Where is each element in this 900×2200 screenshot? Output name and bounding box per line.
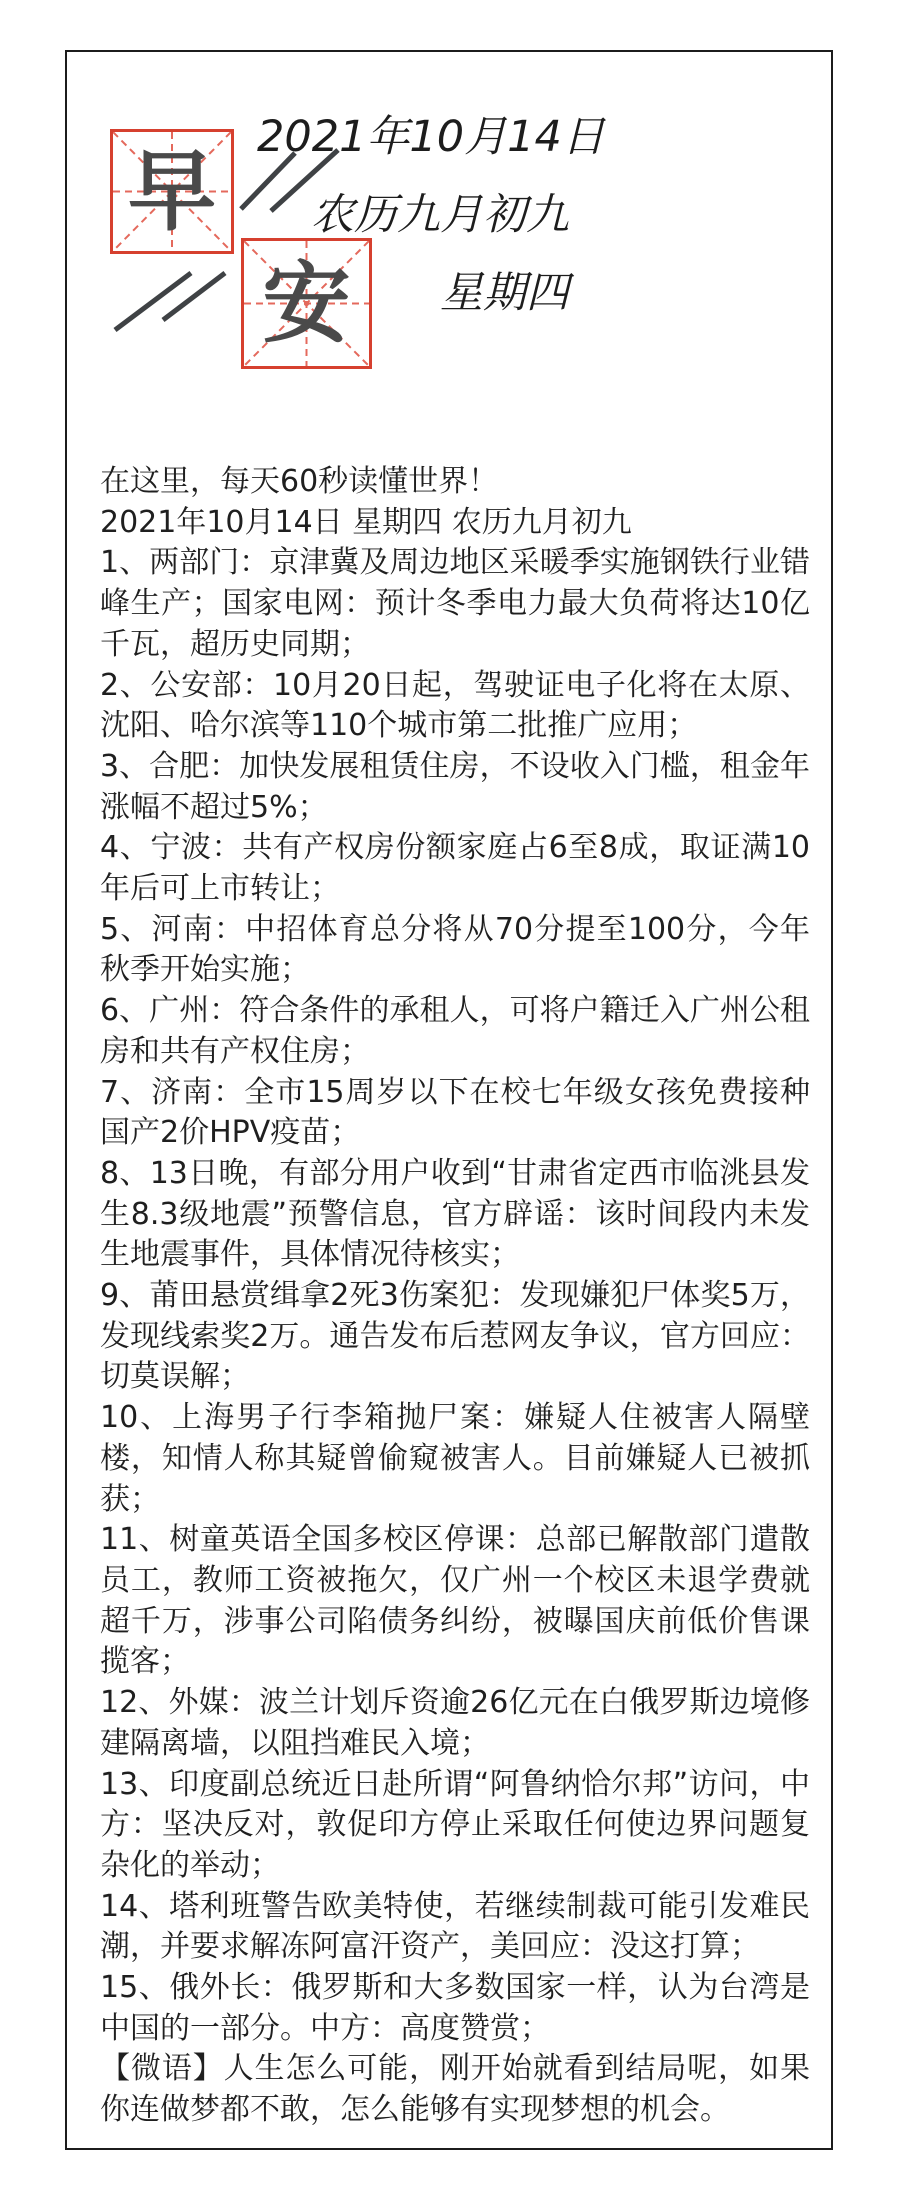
date-gregorian: 2021年10月14日: [257, 98, 569, 176]
news-item: 8、13日晚，有部分用户收到“甘肃省定西市临洮县发生8.3级地震”预警信息，官方…: [100, 1154, 810, 1276]
news-item: 5、河南：中招体育总分将从70分提至100分，今年秋季开始实施；: [100, 910, 810, 991]
news-item: 14、塔利班警告欧美特使，若继续制裁可能引发难民潮，并要求解冻阿富汗资产，美回应…: [100, 1887, 810, 1968]
news-item: 9、莆田悬赏缉拿2死3伤案犯：发现嫌犯尸体奖5万，发现线索奖2万。通告发布后惹网…: [100, 1276, 810, 1398]
intro-line: 在这里，每天60秒读懂世界！: [100, 462, 810, 503]
news-item: 13、印度副总统近日赴所谓“阿鲁纳恰尔邦”访问，中方：坚决反对，敦促印方停止采取…: [100, 1765, 810, 1887]
news-item: 10、上海男子行李箱抛尸案：嫌疑人住被害人隔壁楼，知情人称其疑曾偷窥被害人。目前…: [100, 1398, 810, 1520]
page-border-frame: 早 安 2021年10月14日 农历九月初九 星期四: [65, 50, 833, 2150]
news-item: 4、宁波：共有产权房份额家庭占6至8成，取证满10年后可上市转让；: [100, 828, 810, 909]
double-slash-icon: [105, 262, 235, 337]
news-item: 7、济南：全市15周岁以下在校七年级女孩免费接种国产2价HPV疫苗；: [100, 1073, 810, 1154]
quote-line: 【微语】人生怎么可能，刚开始就看到结局呢，如果你连做梦都不敢，怎么能够有实现梦想…: [100, 2049, 810, 2130]
news-item: 12、外媒：波兰计划斥资逾26亿元在白俄罗斯边境修建隔离墙，以阻挡难民入境；: [100, 1683, 810, 1764]
news-item: 1、两部门：京津冀及周边地区采暖季实施钢铁行业错峰生产；国家电网：预计冬季电力最…: [100, 543, 810, 665]
news-item: 15、俄外长：俄罗斯和大多数国家一样，认为台湾是中国的一部分。中方：高度赞赏；: [100, 1968, 810, 2049]
news-item: 6、广州：符合条件的承租人，可将户籍迁入广州公租房和共有产权住房；: [100, 991, 810, 1072]
date-block: 2021年10月14日 农历九月初九 星期四: [257, 98, 569, 332]
date-summary-line: 2021年10月14日 星期四 农历九月初九: [100, 503, 810, 544]
news-item: 11、树童英语全国多校区停课：总部已解散部门遣散员工，教师工资被拖欠，仅广州一个…: [100, 1520, 810, 1683]
date-lunar: 农历九月初九: [257, 176, 569, 254]
news-item: 3、合肥：加快发展租赁住房，不设收入门槛，租金年涨幅不超过5%；: [100, 747, 810, 828]
news-item: 2、公安部：10月20日起，驾驶证电子化将在太原、沈阳、哈尔滨等110个城市第二…: [100, 666, 810, 747]
morning-news-page: 早 安 2021年10月14日 农历九月初九 星期四: [0, 0, 900, 2200]
news-content: 在这里，每天60秒读懂世界！ 2021年10月14日 星期四 农历九月初九 1、…: [100, 462, 810, 2131]
logo-char-zao: 早: [113, 132, 231, 251]
date-weekday: 星期四: [257, 254, 569, 332]
logo-zao-box: 早: [110, 129, 234, 254]
